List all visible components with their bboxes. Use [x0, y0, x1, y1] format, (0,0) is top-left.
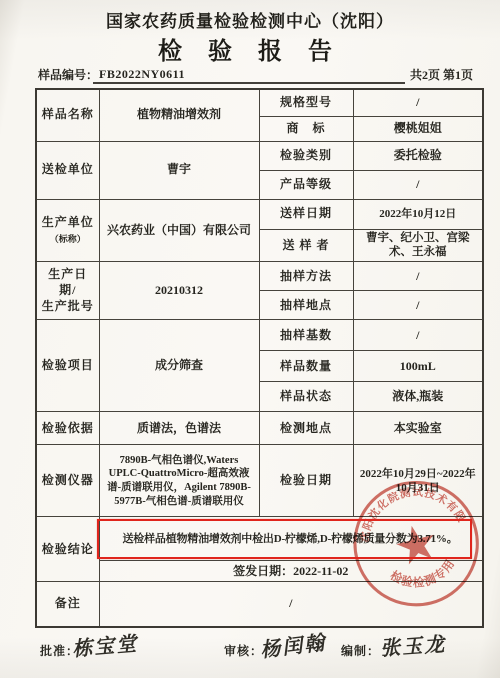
- table-row: 生产单位 （标称） 兴农药业（中国）有限公司 送样日期 2022年10月12日: [36, 199, 483, 229]
- sample-name-value: 植物精油增效剂: [99, 89, 259, 141]
- remarks-value: /: [99, 582, 483, 627]
- sampling-method-value: /: [353, 262, 483, 291]
- conclusion-cell: 送检样品植物精油增效剂中检出D-柠檬烯,D-柠檬烯质量分数为3.71%。: [99, 517, 483, 561]
- manufacturer-sublabel: （标称）: [40, 234, 96, 246]
- sample-date-value: 2022年10月12日: [353, 199, 483, 229]
- client-value: 曹宇: [99, 141, 259, 199]
- conclusion-label: 检验结论: [36, 517, 99, 582]
- sampling-method-label: 抽样方法: [259, 262, 353, 291]
- sampling-place-value: /: [353, 291, 483, 320]
- table-row: 检测仪器 7890B-气相色谱仪,Waters UPLC-QuattroMicr…: [36, 445, 483, 517]
- sample-number-value: FB2022NY0611: [99, 67, 185, 82]
- test-location-value: 本实验室: [353, 412, 483, 445]
- manufacturer-label: 生产单位 （标称）: [36, 199, 99, 262]
- prepare-label: 编制：: [341, 642, 380, 659]
- issue-date-cell: 签发日期：2022-11-02: [99, 561, 483, 582]
- report-title: 检 验 报 告: [0, 31, 500, 66]
- instruments-label: 检测仪器: [36, 445, 99, 517]
- sample-number-label: 样品编号：: [38, 66, 98, 83]
- spec-model-value: /: [353, 89, 483, 116]
- test-location-label: 检测地点: [259, 412, 353, 445]
- test-date-value: 2022年10月29日~2022年10月31日: [353, 445, 483, 517]
- instruments-value: 7890B-气相色谱仪,Waters UPLC-QuattroMicro-超高效…: [99, 445, 259, 517]
- client-label: 送检单位: [36, 141, 99, 199]
- inspection-type-label: 检验类别: [259, 141, 353, 170]
- issue-date-label: 签发日期：: [233, 564, 293, 578]
- remarks-label: 备注: [36, 582, 99, 627]
- sampling-base-value: /: [353, 320, 483, 351]
- product-grade-label: 产品等级: [259, 170, 353, 199]
- spec-model-label: 规格型号: [259, 89, 353, 116]
- production-date-value: 20210312: [99, 262, 259, 320]
- table-row: 签发日期：2022-11-02: [36, 561, 483, 582]
- manufacturer-value: 兴农药业（中国）有限公司: [99, 199, 259, 262]
- test-items-label: 检验项目: [36, 320, 99, 412]
- sample-senders-value: 曹宇、纪小卫、宫梁术、王永福: [353, 229, 483, 262]
- sample-state-value: 液体,瓶装: [353, 382, 483, 412]
- sample-quantity-label: 样品数量: [259, 351, 353, 382]
- table-row: 生产日期/ 生产批号 20210312 抽样方法 /: [36, 262, 483, 291]
- sample-name-label: 样品名称: [36, 89, 99, 141]
- report-table: 样品名称 植物精油增效剂 规格型号 / 商 标 樱桃姐姐 送检单位 曹宇 检验类…: [35, 88, 484, 628]
- table-row: 检验依据 质谱法，色谱法 检测地点 本实验室: [36, 412, 483, 445]
- conclusion-text: 送检样品植物精油增效剂中检出D-柠檬烯,D-柠檬烯质量分数为3.71%。: [105, 532, 476, 546]
- inspection-type-value: 委托检验: [353, 141, 483, 170]
- test-basis-value: 质谱法，色谱法: [99, 412, 259, 445]
- prepare-signature: 张玉龙: [379, 628, 447, 662]
- trademark-value: 樱桃姐姐: [353, 116, 483, 141]
- product-grade-value: /: [353, 170, 483, 199]
- issue-date-value: 2022-11-02: [293, 564, 348, 578]
- sample-state-label: 样品状态: [259, 382, 353, 412]
- table-row: 备注 /: [36, 582, 483, 627]
- sample-quantity-value: 100mL: [353, 351, 483, 382]
- test-items-value: 成分筛查: [99, 320, 259, 412]
- page-count: 共2页 第1页: [410, 66, 473, 83]
- test-basis-label: 检验依据: [36, 412, 99, 445]
- signature-row: 批准： 栋宝堂 审核： 杨闰翰 编制： 张玉龙: [0, 628, 500, 678]
- test-date-label: 检验日期: [259, 445, 353, 517]
- sampling-base-label: 抽样基数: [259, 320, 353, 351]
- review-signature: 杨闰翰: [258, 626, 327, 663]
- sample-senders-label: 送 样 者: [259, 229, 353, 262]
- sample-number-underline: [93, 82, 405, 84]
- org-title: 国家农药质量检验检测中心（沈阳）: [0, 7, 500, 32]
- sample-date-label: 送样日期: [259, 199, 353, 229]
- production-date-label-line2: 生产批号: [42, 299, 94, 313]
- approve-signature: 栋宝堂: [71, 627, 139, 662]
- manufacturer-label-text: 生产单位: [42, 215, 94, 229]
- production-date-label: 生产日期/ 生产批号: [36, 262, 99, 320]
- review-label: 审核：: [224, 642, 263, 659]
- table-row: 送检单位 曹宇 检验类别 委托检验: [36, 141, 483, 170]
- sampling-place-label: 抽样地点: [259, 291, 353, 320]
- trademark-label: 商 标: [259, 116, 353, 141]
- report-page: 国家农药质量检验检测中心（沈阳） 检 验 报 告 样品编号： FB2022NY0…: [0, 0, 500, 678]
- table-row: 样品名称 植物精油增效剂 规格型号 /: [36, 89, 483, 116]
- table-row: 检验项目 成分筛查 抽样基数 /: [36, 320, 483, 351]
- production-date-label-line1: 生产日期/: [48, 267, 87, 297]
- table-row: 检验结论 送检样品植物精油增效剂中检出D-柠檬烯,D-柠檬烯质量分数为3.71%…: [36, 517, 483, 561]
